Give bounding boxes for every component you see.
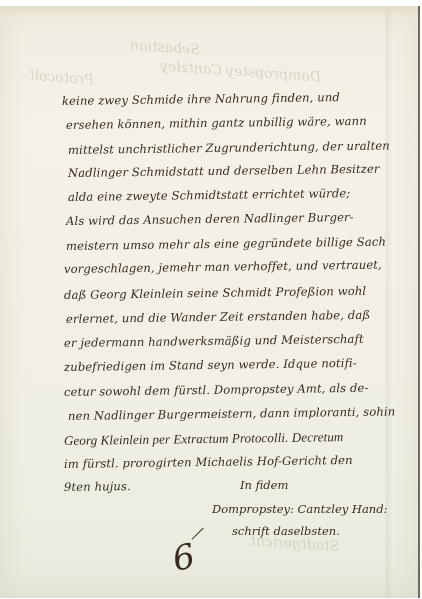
manuscript-line: Als wird das Ansuchen deren Nadlinger Bu… [66,210,354,228]
manuscript-line: Nadlinger Schmidstatt und derselben Lehn… [68,162,380,180]
manuscript-line: meistern umso mehr als eine gegründete b… [66,235,386,253]
manuscript-line: ersehen können, mithin gantz unbillig wä… [66,114,367,132]
manuscript-line: vorgeschlagen, jemehr man verhoffet, und… [64,258,382,276]
signature-line: schrift daselbsten. [232,524,340,538]
paper-top-edge [0,6,418,16]
manuscript-page: Sebastian Dompropstey Cantzley Protocoll… [0,6,420,598]
manuscript-line: alda eine zweyte Schmidtstatt errichtet … [68,186,350,204]
page-number-flourish [192,528,205,541]
manuscript-line: 9ten hujus. [64,479,131,494]
manuscript-line: cetur sowohl dem fürstl. Dompropstey Amt… [64,381,369,399]
manuscript-line: zubefriedigen im Stand seyn werde. Idque… [64,356,357,374]
manuscript-line: er jedermann handwerksmäßig und Meisters… [64,332,364,350]
bleed-through-text: Sebastian [130,38,201,59]
manuscript-line: Georg Kleinlein per Extractum Protocolli… [64,429,344,449]
signature-line: In fidem [240,478,288,492]
page-number: 6 [169,536,198,580]
bleed-through-text: Protocoll [30,68,95,88]
bleed-through-text: Dompropstey Cantzley [160,58,322,85]
manuscript-line: daß Georg Kleinlein seine Schmidt Profeß… [64,284,366,302]
manuscript-line: nen Nadlinger Burgermeistern, dann implo… [68,404,395,423]
manuscript-line: erlernet, und die Wander Zeit erstanden … [66,308,370,326]
manuscript-line: mittelst unchristlicher Zugrunderichtung… [68,139,390,157]
manuscript-line: keine zwey Schmide ihre Nahrung finden, … [62,90,340,108]
manuscript-line: im fürstl. prorogirten Michaelis Hof-Ger… [64,453,353,471]
signature-line: Dompropstey: Cantzley Hand: [212,502,387,516]
